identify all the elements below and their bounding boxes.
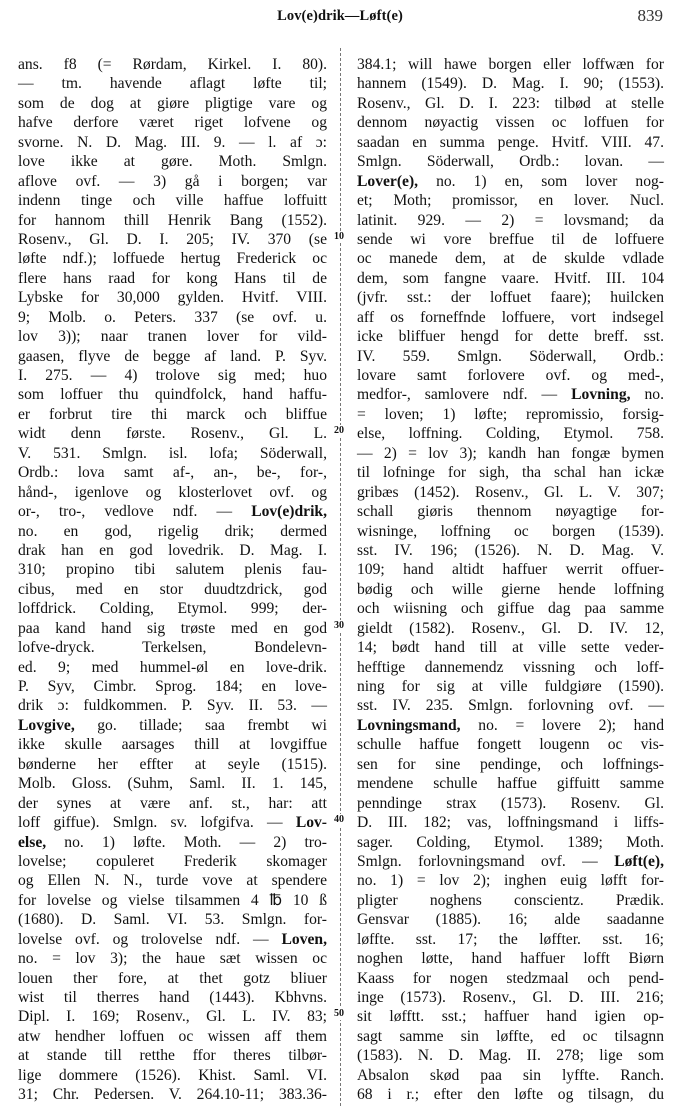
text-line: 9; Molb. o. Peters. 337 (se ovf. u.	[18, 308, 327, 327]
text-line: lofve-dryck. Terkelsen, Bondelevn-	[18, 638, 327, 657]
text-line: Lover(e), no. 1) en, som lover nog-	[357, 172, 664, 191]
text-line: — 2) = lov 3); kandh han fongæ bymen	[357, 444, 664, 463]
text-line: ikke skulle aarsages thill at lovgiffue	[18, 735, 327, 754]
text-line: no. = lov 3); the haue sæt wissen oc	[18, 949, 327, 968]
text-line: 384.1; will hawe borgen eller loffwæn fo…	[357, 55, 664, 74]
text-line: schall giøris thennom nøyagtige for-	[357, 502, 664, 521]
text-line: medfor-, samlovere ndf. — Lovning, no.	[357, 385, 664, 404]
text-line: er forbrut tire thi marck och bliffue	[18, 405, 327, 424]
text-line: oc manede dem, at de skulde vdlade	[357, 249, 664, 268]
text-line: drik ɔ: fuldkommen. P. Syv. II. 53. —	[18, 696, 327, 715]
text-line: no. en god, rigelig drik; dermed	[18, 522, 327, 541]
text-line: noghen løtte, hand haffuer lofft Biørn	[357, 949, 664, 968]
text-line: svorne. N. D. Mag. III. 9. — l. af ɔ:	[18, 133, 327, 152]
text-line: ed. 9; med hummel-øl en love-drik.	[18, 658, 327, 677]
text-line: widt denn første. Rosenv., Gl. L.	[18, 424, 327, 443]
text-line: hefftige dannemendz vissning och loff-	[357, 658, 664, 677]
text-line: ans. f8 (= Rørdam, Kirkel. I. 80).	[18, 55, 327, 74]
text-line: paa kand hand sig trøste med en god	[18, 619, 327, 638]
text-line: Gensvar (1885). 16; alde saadanne	[357, 910, 664, 929]
line-marker: 30	[333, 620, 345, 632]
text-line: bønderne her effter at seyle (1515).	[18, 755, 327, 774]
page-number: 839	[638, 6, 664, 26]
text-line: no. 1) = lov 2); inghen euig løfft for-	[357, 871, 664, 890]
line-marker: 50	[333, 1008, 345, 1020]
text-line: icke bliffuer hengd for dette breff. sst…	[357, 327, 664, 346]
running-head: Lov(e)drik—Løft(e)	[0, 8, 680, 25]
text-line: gieldt (1582). Rosenv., Gl. D. IV. 12,	[357, 619, 664, 638]
text-line: for hannom thill Henrik Bang (1552).	[18, 211, 327, 230]
right-column: 384.1; will hawe borgen eller loffwæn fo…	[357, 55, 664, 1105]
text-line: mendene schulle haffue giffuitt samme	[357, 774, 664, 793]
text-line: Molb. Gloss. (Suhm, Saml. II. 1. 145,	[18, 774, 327, 793]
text-line: sende wi vore breffue til de loffuere	[357, 230, 664, 249]
text-line: louen ther fore, at thet gotz bliuer	[18, 969, 327, 988]
text-line: cibus, med en stor duudtzdrick, god	[18, 580, 327, 599]
text-line: saadan en summa penge. Hvitf. VIII. 47.	[357, 133, 664, 152]
text-line: penndinge strax (1573). Rosenv. Gl.	[357, 794, 664, 813]
text-line: Absalon skød paa sin lyffte. Ranch.	[357, 1066, 664, 1085]
text-line: aff os forneffnde loffuere, vort indsege…	[357, 308, 664, 327]
text-line: dem, som fangne vaare. Hvitf. III. 104	[357, 269, 664, 288]
text-line: P. Syv, Cimbr. Sprog. 184; en love-	[18, 677, 327, 696]
text-line: Lovgive, go. tillade; saa frembt wi	[18, 716, 327, 735]
text-line: flere hans raad for kong Hans til de	[18, 269, 327, 288]
text-line: sager. Colding, Etymol. 1389; Moth.	[357, 833, 664, 852]
text-line: til lofninge for sigh, tha schal han ick…	[357, 463, 664, 482]
text-line: som loffuer thu quindfolck, hand haffu-	[18, 385, 327, 404]
text-line: løffte. sst. 17; the løffter. sst. 16;	[357, 930, 664, 949]
text-line: lovelse; copuleret Frederik skomager	[18, 852, 327, 871]
text-line: (1680). D. Saml. VI. 53. Smlgn. for-	[18, 910, 327, 929]
text-line: Kaass for nogen stedzmaal och pend-	[357, 969, 664, 988]
text-line: 68 i r.; efter den løfte og tilsagn, du	[357, 1085, 664, 1104]
text-line: I. 275. — 4) trolove sig med; huo	[18, 366, 327, 385]
text-line: lige dommere (1526). Khist. Saml. VI.	[18, 1066, 327, 1085]
text-line: 14; bødt hand till at ville sette veder-	[357, 638, 664, 657]
text-line: V. 531. Smlgn. isl. lofa; Söderwall,	[18, 444, 327, 463]
text-line: (jvfr. sst.: der loffuet faare); huilcke…	[357, 288, 664, 307]
text-line: lovelse ovf. og trolovelse ndf. — Loven,	[18, 930, 327, 949]
text-line: et; Moth; promissor, en lover. Nucl.	[357, 191, 664, 210]
text-line: — tm. havende aflagt løfte til;	[18, 74, 327, 93]
text-line: Lybske for 30,000 gylden. Hvitf. VIII.	[18, 288, 327, 307]
text-line: Ordb.: lova samt af-, an-, be-, for-,	[18, 463, 327, 482]
text-line: 310; propino tibi salutem plenis fau-	[18, 560, 327, 579]
text-line: else, no. 1) løfte. Moth. — 2) tro-	[18, 833, 327, 852]
text-line: wist til therres hand (1443). Kbhvns.	[18, 988, 327, 1007]
text-line: lov 3)); naar tranen lover for vild-	[18, 327, 327, 346]
text-line: loff giffue). Smlgn. sv. lofgifva. — Lov…	[18, 813, 327, 832]
text-line: wisninge, loffning oc borgen (1539).	[357, 522, 664, 541]
text-line: bødig och wille gierne hende loffning	[357, 580, 664, 599]
text-line: gaasen, flyve de begge af land. P. Syv.	[18, 347, 327, 366]
text-line: 31; Chr. Pedersen. V. 264.10-11; 383.36-	[18, 1085, 327, 1104]
text-line: at stande till retthe ffor theres tilbør…	[18, 1046, 327, 1065]
text-line: Dipl. I. 169; Rosenv., Gl. L. IV. 83;	[18, 1007, 327, 1026]
text-line: atw hendher loffuen oc wissen aff them	[18, 1027, 327, 1046]
text-line: 109; hand altidt haffuer werrit offuer-	[357, 560, 664, 579]
text-line: ning for sig at ville fuldgiøre (1590).	[357, 677, 664, 696]
text-line: else, loffning. Colding, Etymol. 758.	[357, 424, 664, 443]
text-line: pligter noghens conscientz. Prædik.	[357, 891, 664, 910]
text-line: løfte ndf.); loffuede hertug Frederick o…	[18, 249, 327, 268]
left-column: ans. f8 (= Rørdam, Kirkel. I. 80).— tm. …	[18, 55, 327, 1105]
text-line: latinit. 929. — 2) = lovsmand; da	[357, 211, 664, 230]
text-line: schulle haffue fongett lougenn oc vis-	[357, 735, 664, 754]
text-line: indenn tinge och ville haffue loffuitt	[18, 191, 327, 210]
text-line: loffdrick. Colding, Etymol. 999; der-	[18, 599, 327, 618]
text-line: or-, tro-, vedlove ndf. — Lov(e)drik,	[18, 502, 327, 521]
text-line: love ikke at gøre. Moth. Smlgn.	[18, 152, 327, 171]
text-line: sst. IV. 196; (1526). N. D. Mag. V.	[357, 541, 664, 560]
text-line: aflove ovf. — 3) gå i borgen; var	[18, 172, 327, 191]
text-line: sen for sine pendinge, och loffnings-	[357, 755, 664, 774]
text-line: gribæs (1452). Rosenv., Gl. L. V. 307;	[357, 483, 664, 502]
text-line: hånd-, igenlove og klosterlovet ovf. og	[18, 483, 327, 502]
text-line: Rosenv., Gl. D. I. 205; IV. 370 (se	[18, 230, 327, 249]
text-line: som de dog at giøre pligtige vare og	[18, 94, 327, 113]
text-line: IV. 559. Smlgn. Söderwall, Ordb.:	[357, 347, 664, 366]
text-line: = loven; 1) løfte; repromissio, forsig-	[357, 405, 664, 424]
text-line: drak han en god lovedrik. D. Mag. I.	[18, 541, 327, 560]
line-marker: 20	[333, 425, 345, 437]
line-marker: 10	[333, 231, 345, 243]
text-line: D. III. 182; vas, loffningsmand i liffs-	[357, 813, 664, 832]
text-line: Rosenv., Gl. D. I. 223: tilbød at stelle	[357, 94, 664, 113]
text-line: sagt samme sin løffte, ed oc tilsagnn	[357, 1027, 664, 1046]
column-divider	[340, 48, 341, 1106]
text-line: inge (1573). Rosenv., Gl. D. III. 216;	[357, 988, 664, 1007]
text-line: dennom nøyactig vissen oc loffuen for	[357, 113, 664, 132]
text-line: der synes at være anf. st., har: att	[18, 794, 327, 813]
text-line: (1583). N. D. Mag. II. 278; lige som	[357, 1046, 664, 1065]
text-line: hafve derfore været riget lofvene og	[18, 113, 327, 132]
text-line: og Ellen N. N., turde vove at spendere	[18, 871, 327, 890]
text-line: for lovelse og vielse tilsammen 4 ℔ 10 ß	[18, 891, 327, 910]
text-line: sit løfftt. sst.; haffuer hand igien op-	[357, 1007, 664, 1026]
line-marker: 40	[333, 814, 345, 826]
text-line: sst. IV. 235. Smlgn. forlovning ovf. —	[357, 696, 664, 715]
text-line: Lovningsmand, no. = lovere 2); hand	[357, 716, 664, 735]
text-line: Smlgn. Söderwall, Ordb.: lovan. —	[357, 152, 664, 171]
text-line: hannem (1549). D. Mag. I. 90; (1553).	[357, 74, 664, 93]
text-line: Smlgn. forlovningsmand ovf. — Løft(e),	[357, 852, 664, 871]
text-line: lovare samt forlovere ovf. og med-,	[357, 366, 664, 385]
page-header: Lov(e)drik—Løft(e) 839	[0, 6, 680, 28]
text-line: och wiisning och giffue dag paa samme	[357, 599, 664, 618]
